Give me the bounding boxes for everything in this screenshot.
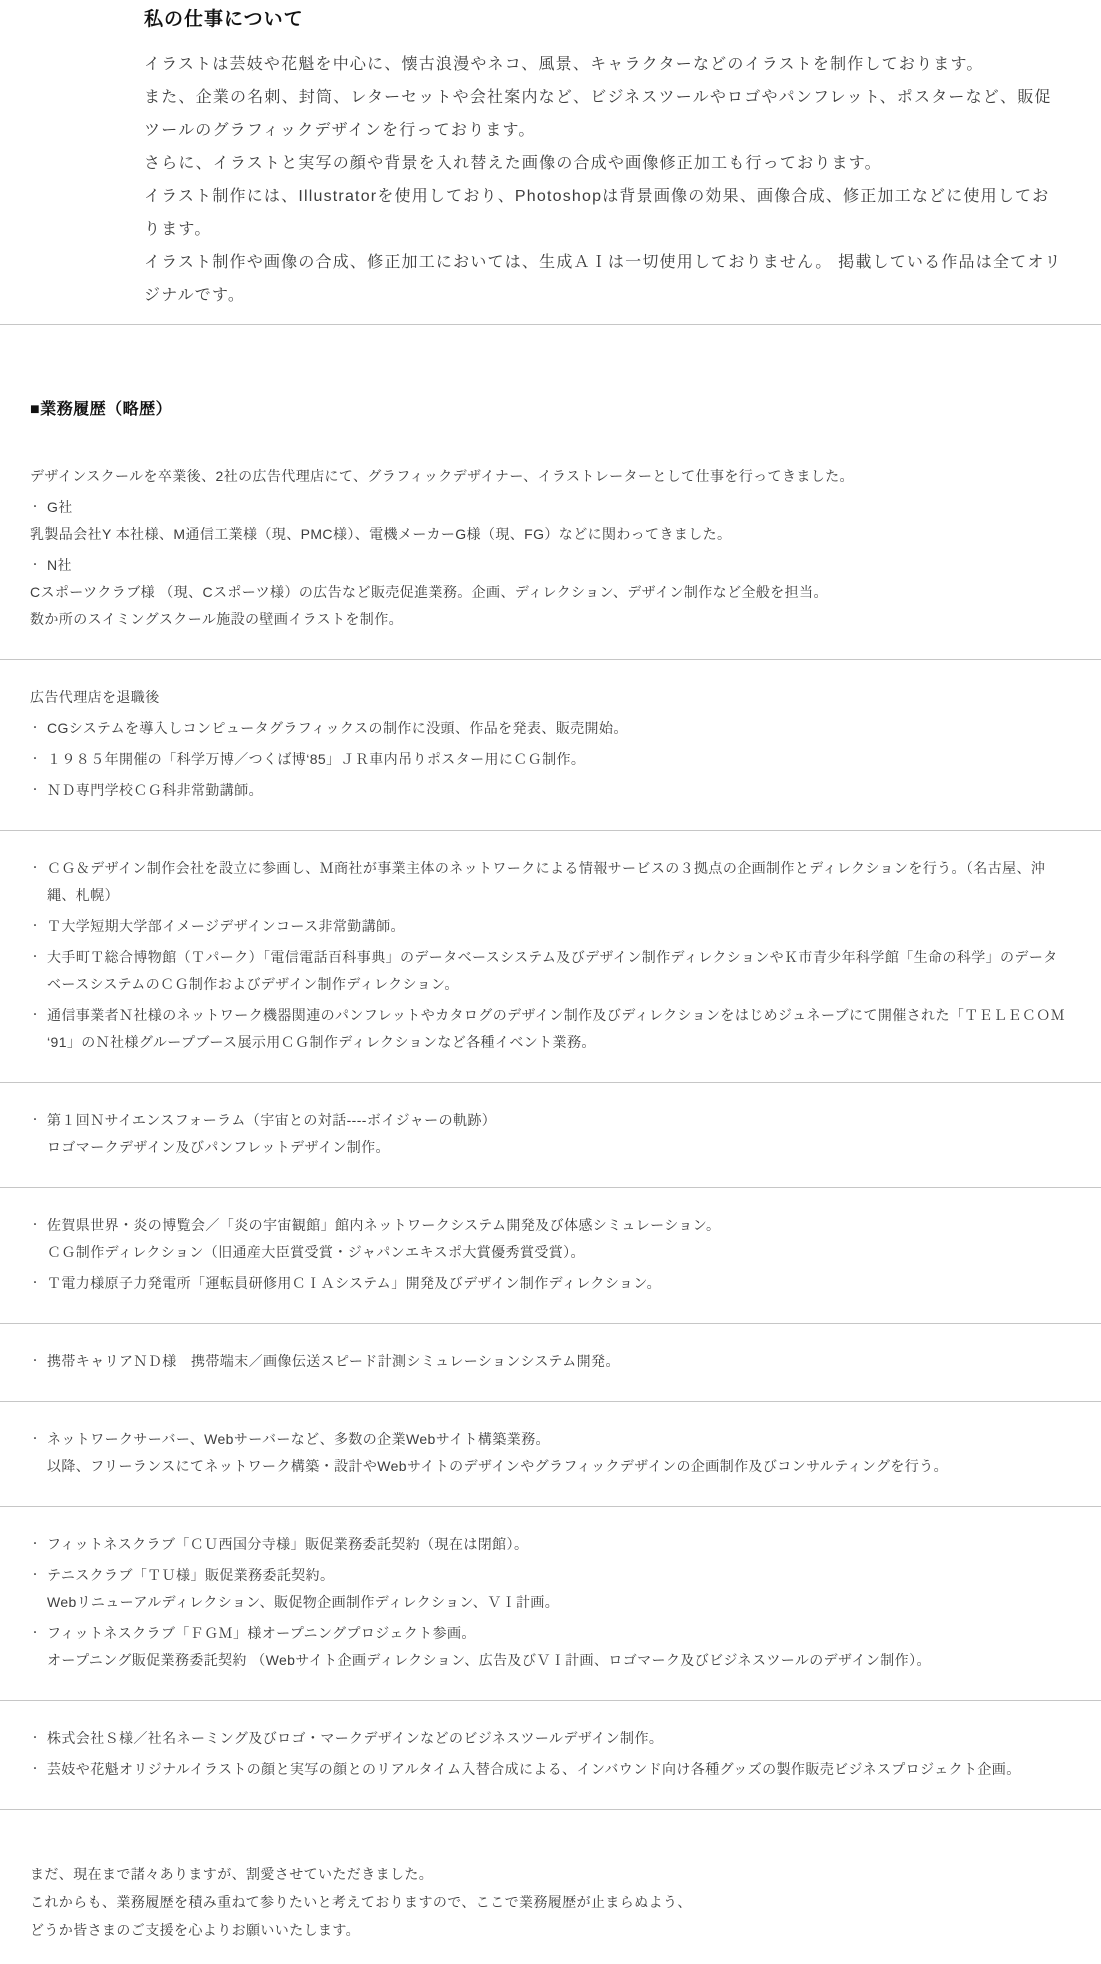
history-line: ・フィットネスクラブ「ＦＧＭ」様オープニングプロジェクト参画。 [30, 1620, 1071, 1647]
history-line-text: フィットネスクラブ「ＣＵ西国分寺様」販促業務委託契約（現在は閉館）。 [47, 1531, 1071, 1558]
history-line-text: G社 [47, 494, 1071, 521]
bullet-icon: ・ [30, 1348, 47, 1375]
closing-line: これからも、業務履歴を積み重ねて参りたいと考えておりますので、ここで業務履歴が止… [30, 1888, 1071, 1916]
history-line: 広告代理店を退職後 [30, 684, 1071, 711]
bullet-icon: ・ [30, 1725, 47, 1752]
history-lines: ・佐賀県世界・炎の博覧会／「炎の宇宙観館」館内ネットワークシステム開発及び体感シ… [30, 1212, 1071, 1297]
history-block: ・ネットワークサーバー、Webサーバーなど、多数の企業Webサイト構築業務。以降… [0, 1402, 1101, 1507]
bullet-icon: ・ [30, 1426, 47, 1453]
history-line-text: Ｔ電力様原子力発電所「運転員研修用ＣＩＡシステム」開発及びデザイン制作ディレクシ… [47, 1270, 1071, 1297]
history-line-text: 携帯キャリアＮＤ様 携帯端末／画像伝送スピード計測シミュレーションシステム開発。 [47, 1348, 1071, 1375]
history-lines: ・株式会社Ｓ様／社名ネーミング及びロゴ・マークデザインなどのビジネスツールデザイ… [30, 1725, 1071, 1783]
history-line-text: テニスクラブ「ＴＵ様」販促業務委託契約。 [47, 1562, 1071, 1589]
history-line-text: Ｔ大学短期大学部イメージデザインコース非常勤講師。 [47, 913, 1071, 940]
history-line-text: 芸妓や花魁オリジナルイラストの顔と実写の顔とのリアルタイム入替合成による、インバ… [47, 1756, 1071, 1783]
history-lines: デザインスクールを卒業後、2社の広告代理店にて、グラフィックデザイナー、イラスト… [30, 463, 1071, 633]
history-line-text: フィットネスクラブ「ＦＧＭ」様オープニングプロジェクト参画。 [47, 1620, 1071, 1647]
history-lines: 広告代理店を退職後・CGシステムを導入しコンピュータグラフィックスの制作に没頭、… [30, 684, 1071, 804]
history-line: ・第１回Ｎサイエンスフォーラム（宇宙との対話----ボイジャーの軌跡） [30, 1107, 1071, 1134]
history-line-text: ＮＤ専門学校ＣＧ科非常勤講師。 [47, 777, 1071, 804]
history-line: ＣＧ制作ディレクション（旧通産大臣賞受賞・ジャパンエキスポ大賞優秀賞受賞）。 [30, 1239, 1071, 1266]
history-block: ・ＣＧ＆デザイン制作会社を設立に参画し、Ｍ商社が事業主体のネットワークによる情報… [0, 831, 1101, 1083]
history-line: ・Ｔ電力様原子力発電所「運転員研修用ＣＩＡシステム」開発及びデザイン制作ディレク… [30, 1270, 1071, 1297]
bullet-icon: ・ [30, 913, 47, 940]
bullet-icon: ・ [30, 1620, 47, 1647]
bullet-icon: ・ [30, 1107, 47, 1134]
history-lines: ・フィットネスクラブ「ＣＵ西国分寺様」販促業務委託契約（現在は閉館）。・テニスク… [30, 1531, 1071, 1674]
intro-paragraph: イラスト制作や画像の合成、修正加工においては、生成ＡＩは一切使用しておりません。… [144, 246, 1065, 312]
history-line: ・大手町Ｔ総合博物館（Ｔパーク）「電信電話百科事典」のデータベースシステム及びデ… [30, 944, 1071, 998]
history-line: ・佐賀県世界・炎の博覧会／「炎の宇宙観館」館内ネットワークシステム開発及び体感シ… [30, 1212, 1071, 1239]
bullet-icon: ・ [30, 715, 47, 742]
bullet-icon: ・ [30, 494, 47, 521]
history-line-text: 通信事業者Ｎ社様のネットワーク機器関連のパンフレットやカタログのデザイン制作及び… [47, 1002, 1071, 1056]
history-line-text: １９８５年開催の「科学万博／つくば博‘85」ＪＲ車内吊りポスター用にＣＧ制作。 [47, 746, 1071, 773]
intro-paragraph: さらに、イラストと実写の顔や背景を入れ替えた画像の合成や画像修正加工も行っており… [144, 147, 1065, 180]
bullet-icon: ・ [30, 1756, 47, 1783]
history-line: ・通信事業者Ｎ社様のネットワーク機器関連のパンフレットやカタログのデザイン制作及… [30, 1002, 1071, 1056]
history-block: ・株式会社Ｓ様／社名ネーミング及びロゴ・マークデザインなどのビジネスツールデザイ… [0, 1701, 1101, 1810]
intro-paragraph: イラスト制作には、Illustratorを使用しており、Photoshopは背景… [144, 180, 1065, 246]
history-block: ■業務履歴（略歴） デザインスクールを卒業後、2社の広告代理店にて、グラフィック… [0, 325, 1101, 660]
history-line: 乳製品会社Y 本社様、M通信工業様（現、PMC様）、電機メーカーG様（現、FG）… [30, 521, 1071, 548]
intro-paragraph: イラストは芸妓や花魁を中心に、懐古浪漫やネコ、風景、キャラクターなどのイラストを… [144, 48, 1065, 81]
history-lines: ・ＣＧ＆デザイン制作会社を設立に参画し、Ｍ商社が事業主体のネットワークによる情報… [30, 855, 1071, 1056]
intro-paragraphs: イラストは芸妓や花魁を中心に、懐古浪漫やネコ、風景、キャラクターなどのイラストを… [144, 48, 1065, 312]
history-line: ・CGシステムを導入しコンピュータグラフィックスの制作に没頭、作品を発表、販売開… [30, 715, 1071, 742]
history-line: ・携帯キャリアＮＤ様 携帯端末／画像伝送スピード計測シミュレーションシステム開発… [30, 1348, 1071, 1375]
history-line: ・フィットネスクラブ「ＣＵ西国分寺様」販促業務委託契約（現在は閉館）。 [30, 1531, 1071, 1558]
history-line: ・ＣＧ＆デザイン制作会社を設立に参画し、Ｍ商社が事業主体のネットワークによる情報… [30, 855, 1071, 909]
bullet-icon: ・ [30, 855, 47, 882]
bullet-icon: ・ [30, 944, 47, 971]
bullet-icon: ・ [30, 1270, 47, 1297]
bullet-icon: ・ [30, 1531, 47, 1558]
bullet-icon: ・ [30, 1212, 47, 1239]
closing-line: どうか皆さまのご支援を心よりお願いいたします。 [30, 1916, 1071, 1944]
bullet-icon: ・ [30, 1562, 47, 1589]
page-title: 私の仕事について [144, 8, 1065, 32]
history-line-text: 佐賀県世界・炎の博覧会／「炎の宇宙観館」館内ネットワークシステム開発及び体感シミ… [47, 1212, 1071, 1239]
document-page: 私の仕事について イラストは芸妓や花魁を中心に、懐古浪漫やネコ、風景、キャラクタ… [0, 0, 1101, 1964]
history-block: ・第１回Ｎサイエンスフォーラム（宇宙との対話----ボイジャーの軌跡）ロゴマーク… [0, 1083, 1101, 1188]
bullet-icon: ・ [30, 777, 47, 804]
bullet-icon: ・ [30, 552, 47, 579]
history-line: ・テニスクラブ「ＴＵ様」販促業務委託契約。 [30, 1562, 1071, 1589]
history-line: ・N社 [30, 552, 1071, 579]
history-line: 数か所のスイミングスクール施設の壁画イラストを制作。 [30, 606, 1071, 633]
history-line-text: ネットワークサーバー、Webサーバーなど、多数の企業Webサイト構築業務。 [47, 1426, 1071, 1453]
history-line: ・ＮＤ専門学校ＣＧ科非常勤講師。 [30, 777, 1071, 804]
history-lines: ・携帯キャリアＮＤ様 携帯端末／画像伝送スピード計測シミュレーションシステム開発… [30, 1348, 1071, 1375]
intro-paragraph: また、企業の名刺、封筒、レターセットや会社案内など、ビジネスツールやロゴやパンフ… [144, 81, 1065, 147]
history-line: ・１９８５年開催の「科学万博／つくば博‘85」ＪＲ車内吊りポスター用にＣＧ制作。 [30, 746, 1071, 773]
history-heading: ■業務履歴（略歴） [30, 399, 1071, 421]
history-block: ・佐賀県世界・炎の博覧会／「炎の宇宙観館」館内ネットワークシステム開発及び体感シ… [0, 1188, 1101, 1324]
history-line: ・ネットワークサーバー、Webサーバーなど、多数の企業Webサイト構築業務。 [30, 1426, 1071, 1453]
history-line-text: CGシステムを導入しコンピュータグラフィックスの制作に没頭、作品を発表、販売開始… [47, 715, 1071, 742]
history-line: デザインスクールを卒業後、2社の広告代理店にて、グラフィックデザイナー、イラスト… [30, 463, 1071, 490]
history-block: ・携帯キャリアＮＤ様 携帯端末／画像伝送スピード計測シミュレーションシステム開発… [0, 1324, 1101, 1402]
history-block: 広告代理店を退職後・CGシステムを導入しコンピュータグラフィックスの制作に没頭、… [0, 660, 1101, 831]
history-line: Webリニューアルディレクション、販促物企画制作ディレクション、ＶＩ計画。 [30, 1589, 1071, 1616]
history-line: ・芸妓や花魁オリジナルイラストの顔と実写の顔とのリアルタイム入替合成による、イン… [30, 1756, 1071, 1783]
history-line: ロゴマークデザイン及びパンフレットデザイン制作。 [30, 1134, 1071, 1161]
history-line-text: 株式会社Ｓ様／社名ネーミング及びロゴ・マークデザインなどのビジネスツールデザイン… [47, 1725, 1071, 1752]
history-line: Cスポーツクラブ様 （現、Cスポーツ様）の広告など販売促進業務。企画、ディレクシ… [30, 579, 1071, 606]
history-line: ・株式会社Ｓ様／社名ネーミング及びロゴ・マークデザインなどのビジネスツールデザイ… [30, 1725, 1071, 1752]
history-line: ・G社 [30, 494, 1071, 521]
history-block: ・フィットネスクラブ「ＣＵ西国分寺様」販促業務委託契約（現在は閉館）。・テニスク… [0, 1507, 1101, 1701]
bullet-icon: ・ [30, 1002, 47, 1029]
closing-section: まだ、現在まで諸々ありますが、割愛させていただきました。これからも、業務履歴を積… [0, 1810, 1101, 1964]
bullet-icon: ・ [30, 746, 47, 773]
intro-section: 私の仕事について イラストは芸妓や花魁を中心に、懐古浪漫やネコ、風景、キャラクタ… [0, 0, 1101, 325]
history-line-text: N社 [47, 552, 1071, 579]
history-line: オープニング販促業務委託契約 （Webサイト企画ディレクション、広告及びＶＩ計画… [30, 1647, 1071, 1674]
history-line: ・Ｔ大学短期大学部イメージデザインコース非常勤講師。 [30, 913, 1071, 940]
closing-lines: まだ、現在まで諸々ありますが、割愛させていただきました。これからも、業務履歴を積… [30, 1860, 1071, 1944]
history-line-text: ＣＧ＆デザイン制作会社を設立に参画し、Ｍ商社が事業主体のネットワークによる情報サ… [47, 855, 1071, 909]
history-line-text: 大手町Ｔ総合博物館（Ｔパーク）「電信電話百科事典」のデータベースシステム及びデザ… [47, 944, 1071, 998]
history-lines: ・ネットワークサーバー、Webサーバーなど、多数の企業Webサイト構築業務。以降… [30, 1426, 1071, 1480]
history-line-text: 第１回Ｎサイエンスフォーラム（宇宙との対話----ボイジャーの軌跡） [47, 1107, 1071, 1134]
closing-line: まだ、現在まで諸々ありますが、割愛させていただきました。 [30, 1860, 1071, 1888]
history-line: 以降、フリーランスにてネットワーク構築・設計やWebサイトのデザインやグラフィッ… [30, 1453, 1071, 1480]
history-lines: ・第１回Ｎサイエンスフォーラム（宇宙との対話----ボイジャーの軌跡）ロゴマーク… [30, 1107, 1071, 1161]
